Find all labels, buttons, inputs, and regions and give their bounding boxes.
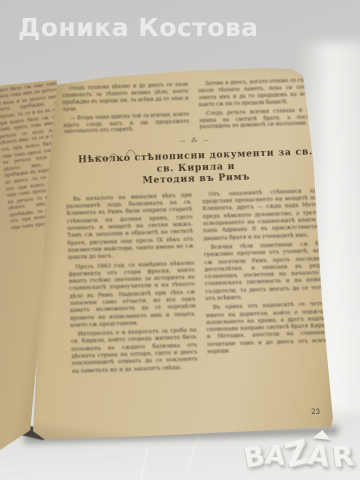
illegible-column: Въ началото на миналия вѣкъ при разкопки… bbox=[66, 192, 198, 377]
bazar-logo-letter: R bbox=[330, 439, 355, 474]
illegible-paragraph: Презъ 1863 год. се намѣриха нѣколко фраг… bbox=[68, 260, 196, 330]
bazar-logo-roof-icon bbox=[313, 429, 332, 440]
open-book: та се и на въ отъ при които било сѫ още … bbox=[0, 0, 360, 480]
illegible-paragraph: следъ толкова вѣкове и до днесъ се пази … bbox=[62, 82, 189, 114]
article-title: Нѣколко стѣнописни документи за св. св. … bbox=[68, 146, 323, 189]
illegible-column: Затова и днесъ, когато отново се събирам… bbox=[198, 77, 326, 134]
article-body: Въ началото на миналия вѣкъ при разкопки… bbox=[66, 188, 334, 378]
bazar-logo: B A Z A R bbox=[244, 432, 360, 480]
seller-watermark: Доника Костова bbox=[18, 13, 259, 42]
illegible-paragraph: Въ единъ отъ надписитѣ се чете и името н… bbox=[206, 301, 334, 356]
illegible-paragraph: Всички тѣзи паметници сѫ били грижливо п… bbox=[204, 241, 332, 304]
previous-article-end: следъ толкова вѣкове и до днесъ се пази … bbox=[62, 77, 326, 138]
illegible-paragraph: — Втора чаша вдигна той за всички, които… bbox=[63, 111, 190, 136]
right-page: следъ толкова вѣкове и до днесъ се пази … bbox=[28, 64, 342, 444]
page-content: следъ толкова вѣкове и до днесъ се пази … bbox=[62, 77, 334, 378]
bazar-logo-letter: A bbox=[306, 438, 333, 474]
marketplace-photo: та се и на въ отъ при които било сѫ още … bbox=[0, 0, 360, 480]
article-title-line2: Методия въ Римъ bbox=[142, 172, 250, 187]
illegible-paragraph: Затова и днесъ, когато отново се събирам… bbox=[198, 77, 325, 109]
page-number: 23 bbox=[311, 408, 320, 416]
illegible-paragraph: Въ началото на миналия вѣкъ при разкопки… bbox=[66, 192, 194, 262]
illegible-paragraph: Интересенъ е и въпросътъ за гроба на св.… bbox=[71, 328, 198, 376]
illegible-paragraph: Отъ запазенитѣ стѣнописи единъ представя… bbox=[202, 188, 330, 243]
illegible-column: следъ толкова вѣкове и до днесъ се пази … bbox=[62, 82, 190, 139]
illegible-column: Отъ запазенитѣ стѣнописи единъ представя… bbox=[202, 188, 334, 373]
illegible-paragraph: Следъ речьта всички станаха и запѣха хим… bbox=[199, 106, 326, 131]
